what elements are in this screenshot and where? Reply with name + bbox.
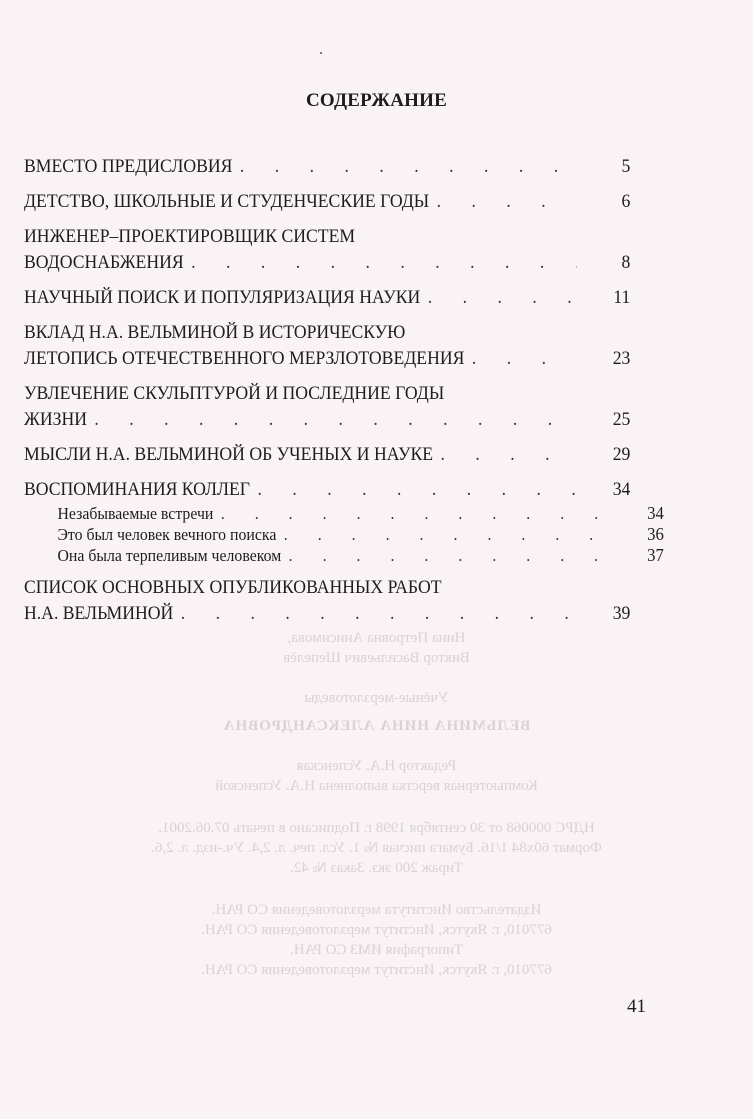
table-of-contents: ВМЕСТО ПРЕДИСЛОВИЯ. . . . . . . . . . . … <box>24 154 630 636</box>
toc-entry: ВКЛАД Н.А. ВЕЛЬМИНОЙ В ИСТОРИЧЕСКУЮЛЕТОП… <box>24 320 630 372</box>
show-through-line: ВЕЛЬМИНА НИНА АЛЕКСАНДРОВНА <box>0 716 753 736</box>
show-through-line: Учёные-мерзлотоведы <box>0 688 753 708</box>
dot-leader: . . . . . . . . . . . . . . . . . . . . … <box>281 545 610 566</box>
toc-entry-page: 37 <box>627 545 664 566</box>
show-through-line: НДРС 000068 от 30 сентября 1998 г. Подпи… <box>0 818 753 838</box>
toc-entry-title: ВКЛАД Н.А. ВЕЛЬМИНОЙ В ИСТОРИЧЕСКУЮ <box>24 320 630 346</box>
show-through-line: Нина Петровна Анисимова, <box>0 628 753 648</box>
toc-entry-title: УВЛЕЧЕНИЕ СКУЛЬПТУРОЙ И ПОСЛЕДНИЕ ГОДЫ <box>24 381 630 407</box>
show-through-line: 677010, г. Якутск, Институт мерзлотоведе… <box>0 920 753 940</box>
show-through-line: Редактор Н.А. Успенская <box>0 756 753 776</box>
dot-leader: . . . . . . . . . . . . . . . . . . . . … <box>420 285 576 311</box>
dot-leader: . . . . . . . . . . . . . . . . . . . . … <box>184 250 577 276</box>
toc-entry-title: ЛЕТОПИСЬ ОТЕЧЕСТВЕННОГО МЕРЗЛОТОВЕДЕНИЯ <box>24 346 464 372</box>
dot-leader: . . . . . . . . . . . . . . . . . . . . … <box>433 442 576 468</box>
toc-entry: Это был человек вечного поиска. . . . . … <box>24 524 664 545</box>
toc-entry-page: 36 <box>627 524 664 545</box>
toc-entry-page: 11 <box>593 285 630 311</box>
dot-leader: . . . . . . . . . . . . . . . . . . . . … <box>250 477 576 503</box>
toc-entry-title: Она была терпеливым человеком <box>57 545 281 566</box>
toc-entry-page: 25 <box>593 407 630 433</box>
toc-entry-page: 8 <box>593 250 630 276</box>
dot-leader: . . . . . . . . . . . . . . . . . . . . … <box>464 346 576 372</box>
toc-entry-title: СПИСОК ОСНОВНЫХ ОПУБЛИКОВАННЫХ РАБОТ <box>24 575 630 601</box>
toc-entry-title: НАУЧНЫЙ ПОИСК И ПОПУЛЯРИЗАЦИЯ НАУКИ <box>24 285 420 311</box>
toc-entry: ДЕТСТВО, ШКОЛЬНЫЕ И СТУДЕНЧЕСКИЕ ГОДЫ. .… <box>24 189 630 215</box>
print-speck <box>320 52 322 54</box>
toc-entry-title: ДЕТСТВО, ШКОЛЬНЫЕ И СТУДЕНЧЕСКИЕ ГОДЫ <box>24 189 429 215</box>
toc-entry-title: ВОСПОМИНАНИЯ КОЛЛЕГ <box>24 477 250 503</box>
book-page: СОДЕРЖАНИЕ ВМЕСТО ПРЕДИСЛОВИЯ. . . . . .… <box>0 0 753 1119</box>
toc-entry: Она была терпеливым человеком. . . . . .… <box>24 545 664 566</box>
page-title: СОДЕРЖАНИЕ <box>0 90 753 112</box>
dot-leader: . . . . . . . . . . . . . . . . . . . . … <box>429 189 576 215</box>
toc-entry-page: 34 <box>593 477 630 503</box>
toc-entry: Незабываемые встречи. . . . . . . . . . … <box>24 503 664 524</box>
dot-leader: . . . . . . . . . . . . . . . . . . . . … <box>276 524 610 545</box>
toc-entry: ИНЖЕНЕР–ПРОЕКТИРОВЩИК СИСТЕМВОДОСНАБЖЕНИ… <box>24 224 630 276</box>
show-through-line: 677010, г. Якутск, Институт мерзлотоведе… <box>0 960 753 980</box>
toc-entry-title: ЖИЗНИ <box>24 407 87 433</box>
toc-entry: МЫСЛИ Н.А. ВЕЛЬМИНОЙ ОБ УЧЕНЫХ И НАУКЕ. … <box>24 442 630 468</box>
show-through-line: Типография ИМЗ СО РАН. <box>0 940 753 960</box>
toc-entry-page: 34 <box>627 503 664 524</box>
toc-entry: НАУЧНЫЙ ПОИСК И ПОПУЛЯРИЗАЦИЯ НАУКИ. . .… <box>24 285 630 311</box>
show-through-line: Виктор Васильевич Шепелёв <box>0 648 753 668</box>
toc-entry-page: 39 <box>593 601 630 627</box>
show-through-line: Компьютерная верстка выполнена Н.А. Успе… <box>0 776 753 796</box>
toc-entry: УВЛЕЧЕНИЕ СКУЛЬПТУРОЙ И ПОСЛЕДНИЕ ГОДЫЖИ… <box>24 381 630 433</box>
dot-leader: . . . . . . . . . . . . . . . . . . . . … <box>173 601 576 627</box>
toc-entry-title: ВМЕСТО ПРЕДИСЛОВИЯ <box>24 154 232 180</box>
toc-entry-title: МЫСЛИ Н.А. ВЕЛЬМИНОЙ ОБ УЧЕНЫХ И НАУКЕ <box>24 442 433 468</box>
dot-leader: . . . . . . . . . . . . . . . . . . . . … <box>213 503 610 524</box>
toc-entry: СПИСОК ОСНОВНЫХ ОПУБЛИКОВАННЫХ РАБОТН.А.… <box>24 575 630 627</box>
dot-leader: . . . . . . . . . . . . . . . . . . . . … <box>232 154 576 180</box>
toc-entry-page: 5 <box>593 154 630 180</box>
toc-entry-title: Н.А. ВЕЛЬМИНОЙ <box>24 601 173 627</box>
show-through-line: Издательство Института мерзлотоведения С… <box>0 900 753 920</box>
toc-entry-page: 23 <box>593 346 630 372</box>
toc-entry-title: Незабываемые встречи <box>57 503 213 524</box>
toc-entry-page: 6 <box>593 189 630 215</box>
show-through-line: Формат 60х84 1/16. Бумага писчая № 1. Ус… <box>0 838 753 858</box>
toc-entry-page: 29 <box>593 442 630 468</box>
page-number: 41 <box>627 996 646 1018</box>
dot-leader: . . . . . . . . . . . . . . . . . . . . … <box>87 407 576 433</box>
toc-entry: ВОСПОМИНАНИЯ КОЛЛЕГ. . . . . . . . . . .… <box>24 477 630 503</box>
toc-entry: ВМЕСТО ПРЕДИСЛОВИЯ. . . . . . . . . . . … <box>24 154 630 180</box>
toc-entry-title: Это был человек вечного поиска <box>57 524 276 545</box>
toc-entry-title: ИНЖЕНЕР–ПРОЕКТИРОВЩИК СИСТЕМ <box>24 224 630 250</box>
show-through-line: Тираж 200 экз. Заказ № 42. <box>0 858 753 878</box>
toc-entry-title: ВОДОСНАБЖЕНИЯ <box>24 250 184 276</box>
